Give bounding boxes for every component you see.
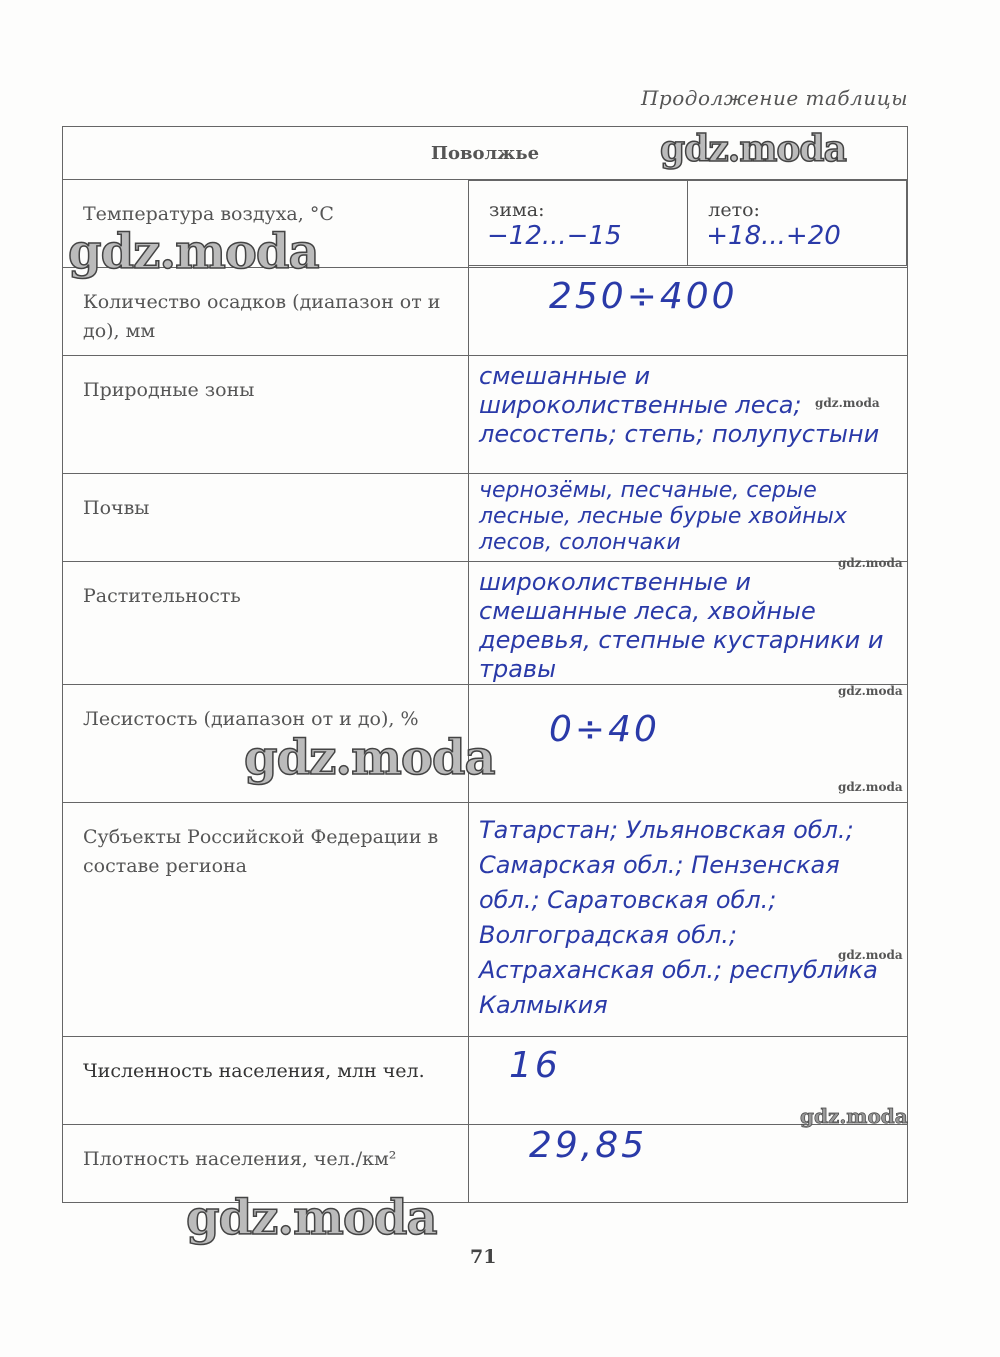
watermark: gdz.moda [186, 1190, 437, 1246]
row-label: Температура воздуха, °C [63, 180, 468, 229]
summer-value: +18...+20 [688, 221, 906, 251]
table-row: Почвы чернозёмы, песчаные, серые лесные,… [63, 474, 908, 562]
winter-value: −12...−15 [469, 221, 687, 251]
winter-label: зима: [469, 181, 687, 221]
soils-value: чернозёмы, песчаные, серые лесные, лесны… [469, 474, 907, 556]
watermark: gdz.moda [800, 1104, 908, 1128]
precipitation-value: 250÷400 [469, 268, 907, 311]
temperature-cells: зима: −12...−15 лето: +18...+20 [469, 180, 907, 266]
watermark: gdz.moda [838, 684, 903, 698]
table-row: Растительность широколиственные и смешан… [63, 562, 908, 685]
watermark: gdz.moda [838, 948, 903, 962]
row-label: Природные зоны [63, 356, 468, 405]
row-label: Растительность [63, 562, 468, 611]
watermark: gdz.moda [838, 556, 903, 570]
watermark: gdz.moda [244, 730, 495, 786]
row-label: Численность населения, млн чел. [63, 1037, 468, 1086]
watermark: gdz.moda [660, 128, 846, 170]
table-row: Субъекты Российской Федерации в составе … [63, 803, 908, 1037]
region-name: Поволжье [431, 143, 539, 164]
table-row: Численность населения, млн чел. 16 [63, 1037, 908, 1125]
density-value: 29,85 [469, 1125, 907, 1160]
summer-label: лето: [688, 181, 906, 221]
table-row: Количество осадков (диапазон от и до), м… [63, 268, 908, 356]
row-label: Почвы [63, 474, 468, 523]
watermark: gdz.moda [838, 780, 903, 794]
watermark: gdz.moda [68, 224, 319, 280]
federal-subjects-value: Татарстан; Ульяновская обл.; Самарская о… [469, 803, 907, 1023]
row-label: Лесистость (диапазон от и до), % [63, 685, 468, 734]
row-label: Плотность населения, чел./км² [63, 1125, 468, 1174]
page-number: 71 [470, 1246, 496, 1268]
watermark: gdz.moda [815, 396, 880, 410]
row-label: Субъекты Российской Федерации в составе … [63, 803, 468, 881]
region-table: Поволжье Температура воздуха, °C зима: −… [62, 126, 908, 1203]
table-row: Природные зоны смешанные и широколиствен… [63, 356, 908, 474]
table-continuation-caption: Продолжение таблицы [641, 86, 908, 110]
vegetation-value: широколиственные и смешанные леса, хвойн… [469, 562, 907, 684]
population-value: 16 [469, 1037, 907, 1080]
